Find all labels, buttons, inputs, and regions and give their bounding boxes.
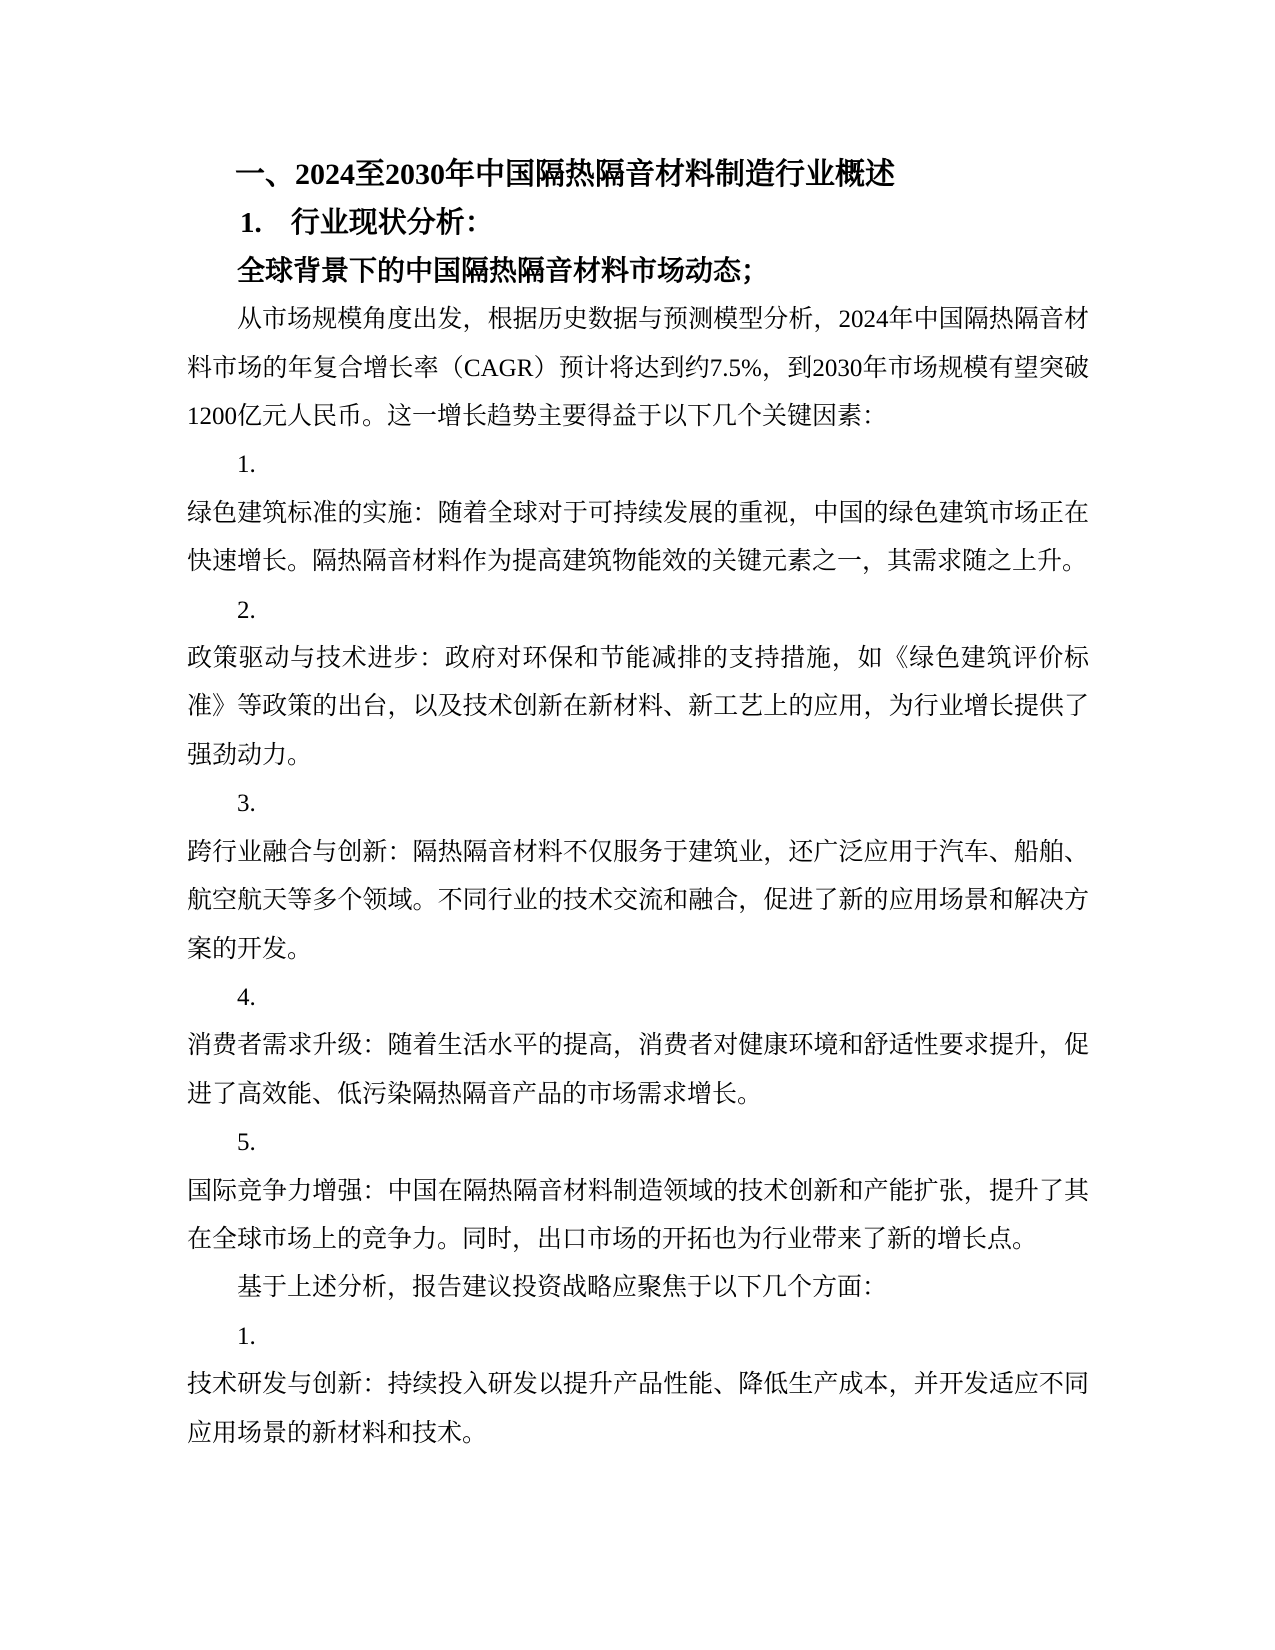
- key-factor-2-number: 2.: [187, 587, 1089, 635]
- key-factor-3-number: 3.: [187, 780, 1089, 828]
- key-factor-3-text: 跨行业融合与创新：隔热隔音材料不仅服务于建筑业，还广泛应用于汽车、船舶、航空航天…: [187, 829, 1089, 974]
- key-factor-2-text: 政策驱动与技术进步：政府对环保和节能减排的支持措施，如《绿色建筑评价标准》等政策…: [187, 635, 1089, 780]
- key-factor-4-text: 消费者需求升级：随着生活水平的提高，消费者对健康环境和舒适性要求提升，促进了高效…: [187, 1022, 1089, 1119]
- key-factor-4-number: 4.: [187, 974, 1089, 1022]
- strategy-item-1-number: 1.: [187, 1313, 1089, 1361]
- intro-paragraph: 从市场规模角度出发，根据历史数据与预测模型分析，2024年中国隔热隔音材料市场的…: [187, 296, 1089, 441]
- section-heading: 一、2024至2030年中国隔热隔音材料制造行业概述: [187, 151, 1089, 199]
- strategy-intro-paragraph: 基于上述分析，报告建议投资战略应聚焦于以下几个方面：: [187, 1264, 1089, 1312]
- strategy-item-1-text: 技术研发与创新：持续投入研发以提升产品性能、降低生产成本，并开发适应不同应用场景…: [187, 1361, 1089, 1458]
- key-factor-1-number: 1.: [187, 441, 1089, 489]
- subsection-heading: 1. 行业现状分析：: [187, 199, 1089, 247]
- market-subheading: 全球背景下的中国隔热隔音材料市场动态；: [187, 248, 1089, 296]
- key-factor-5-text: 国际竞争力增强：中国在隔热隔音材料制造领域的技术创新和产能扩张，提升了其在全球市…: [187, 1168, 1089, 1265]
- key-factor-1-text: 绿色建筑标准的实施：随着全球对于可持续发展的重视，中国的绿色建筑市场正在快速增长…: [187, 490, 1089, 587]
- document-page: 一、2024至2030年中国隔热隔音材料制造行业概述 1. 行业现状分析： 全球…: [0, 0, 1275, 1650]
- key-factor-5-number: 5.: [187, 1119, 1089, 1167]
